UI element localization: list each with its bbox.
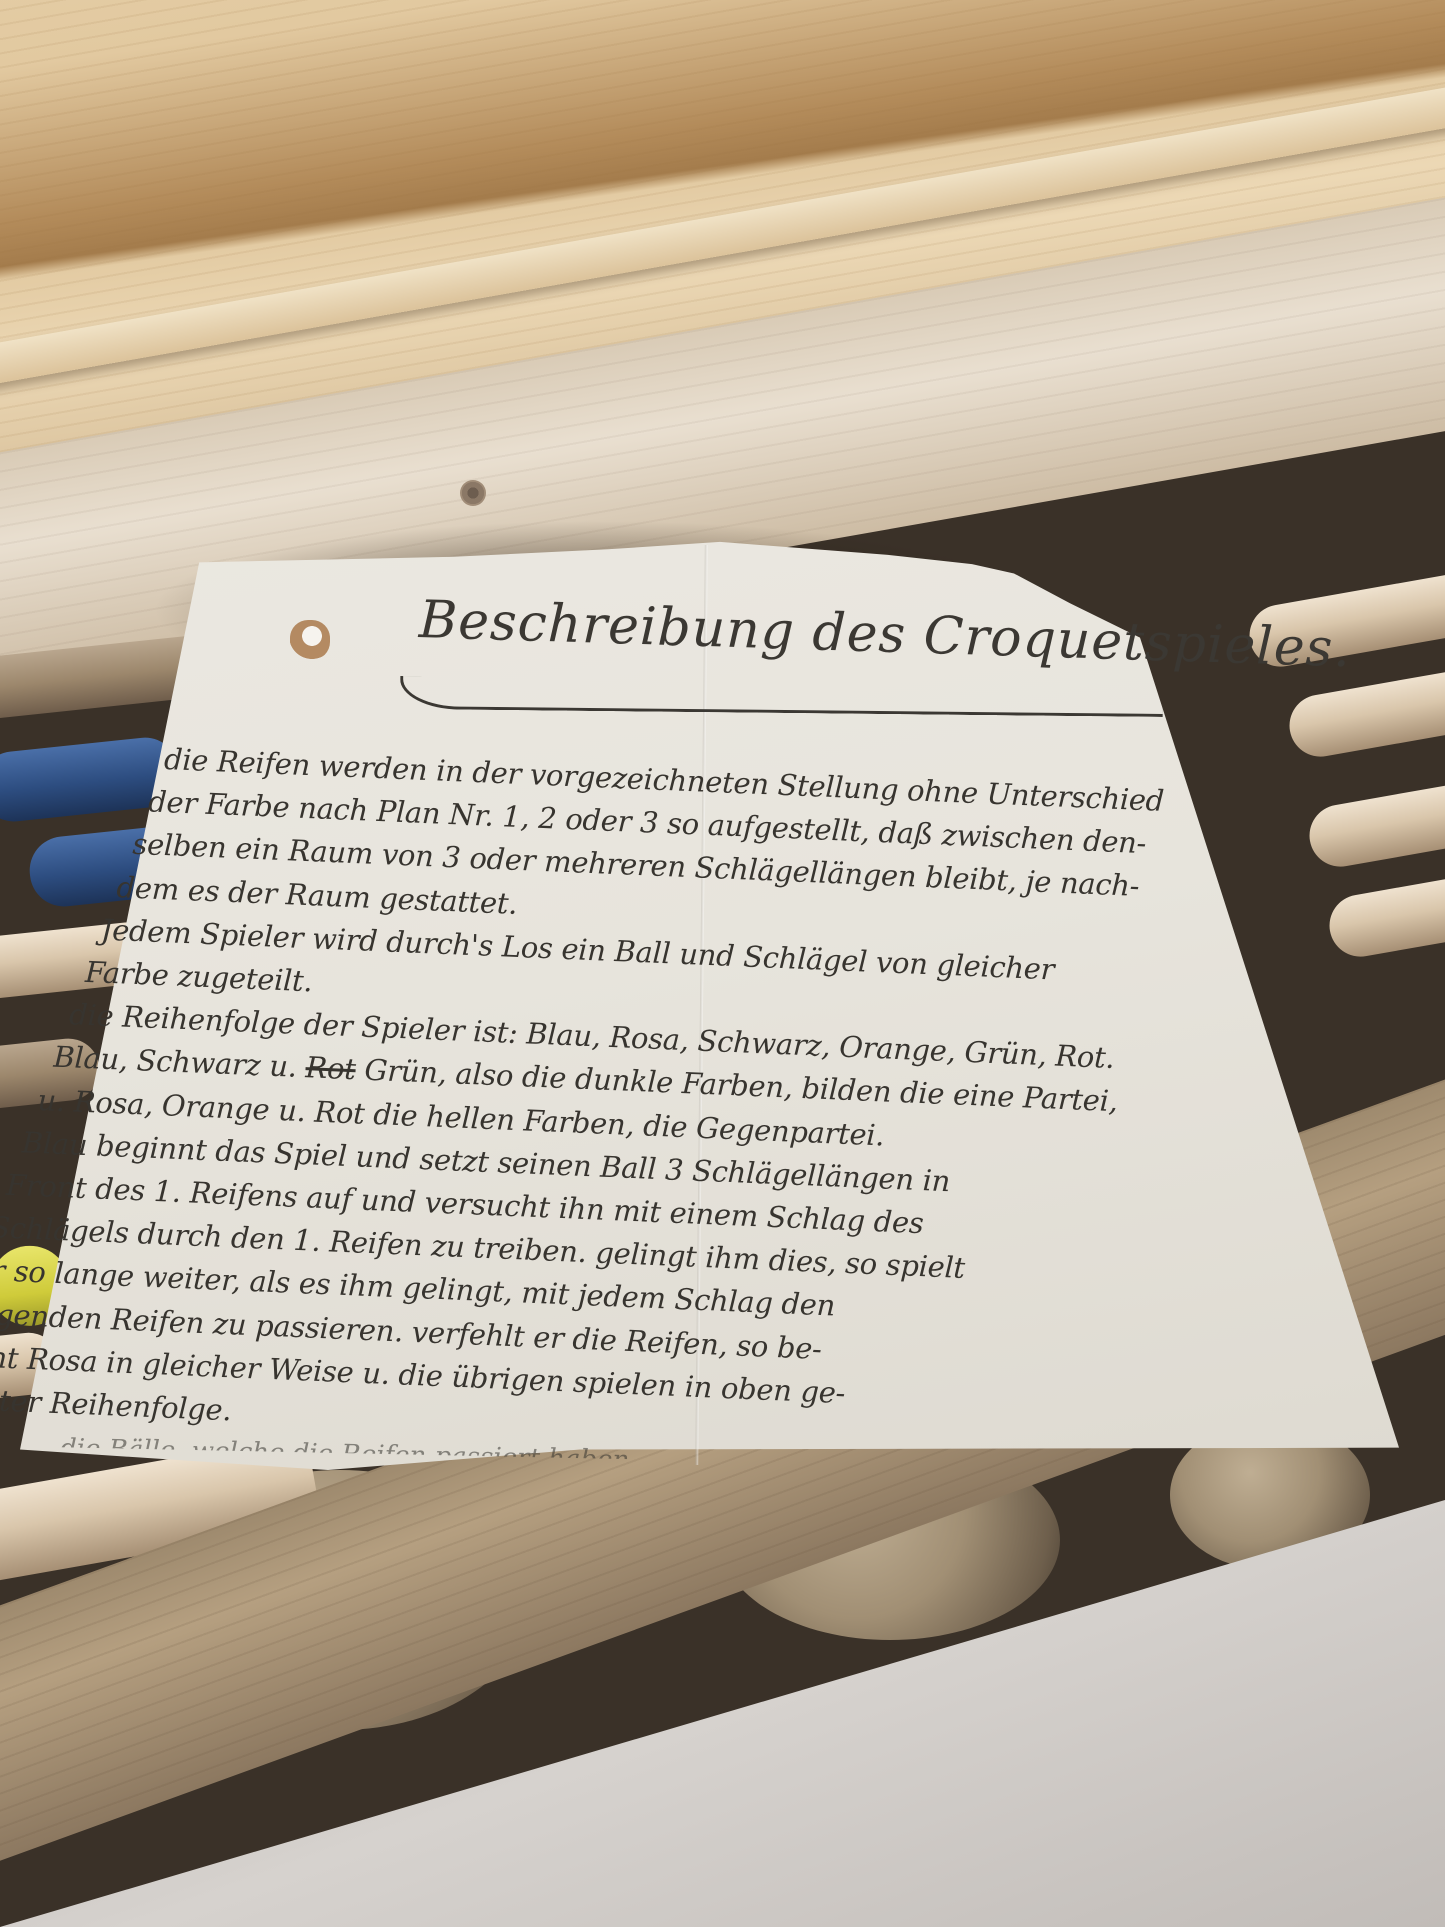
paper-stain	[290, 620, 330, 660]
document-body: die Reifen werden in der vorgezeichneten…	[136, 738, 1334, 1478]
struck-word: Rot	[305, 1051, 356, 1087]
mallet-handle	[1325, 869, 1445, 961]
line-part: Blau, Schwarz u.	[53, 1040, 306, 1085]
screw-icon	[460, 480, 486, 506]
photo-scene: Beschreibung des Croquetspieles. die Rei…	[0, 0, 1445, 1927]
